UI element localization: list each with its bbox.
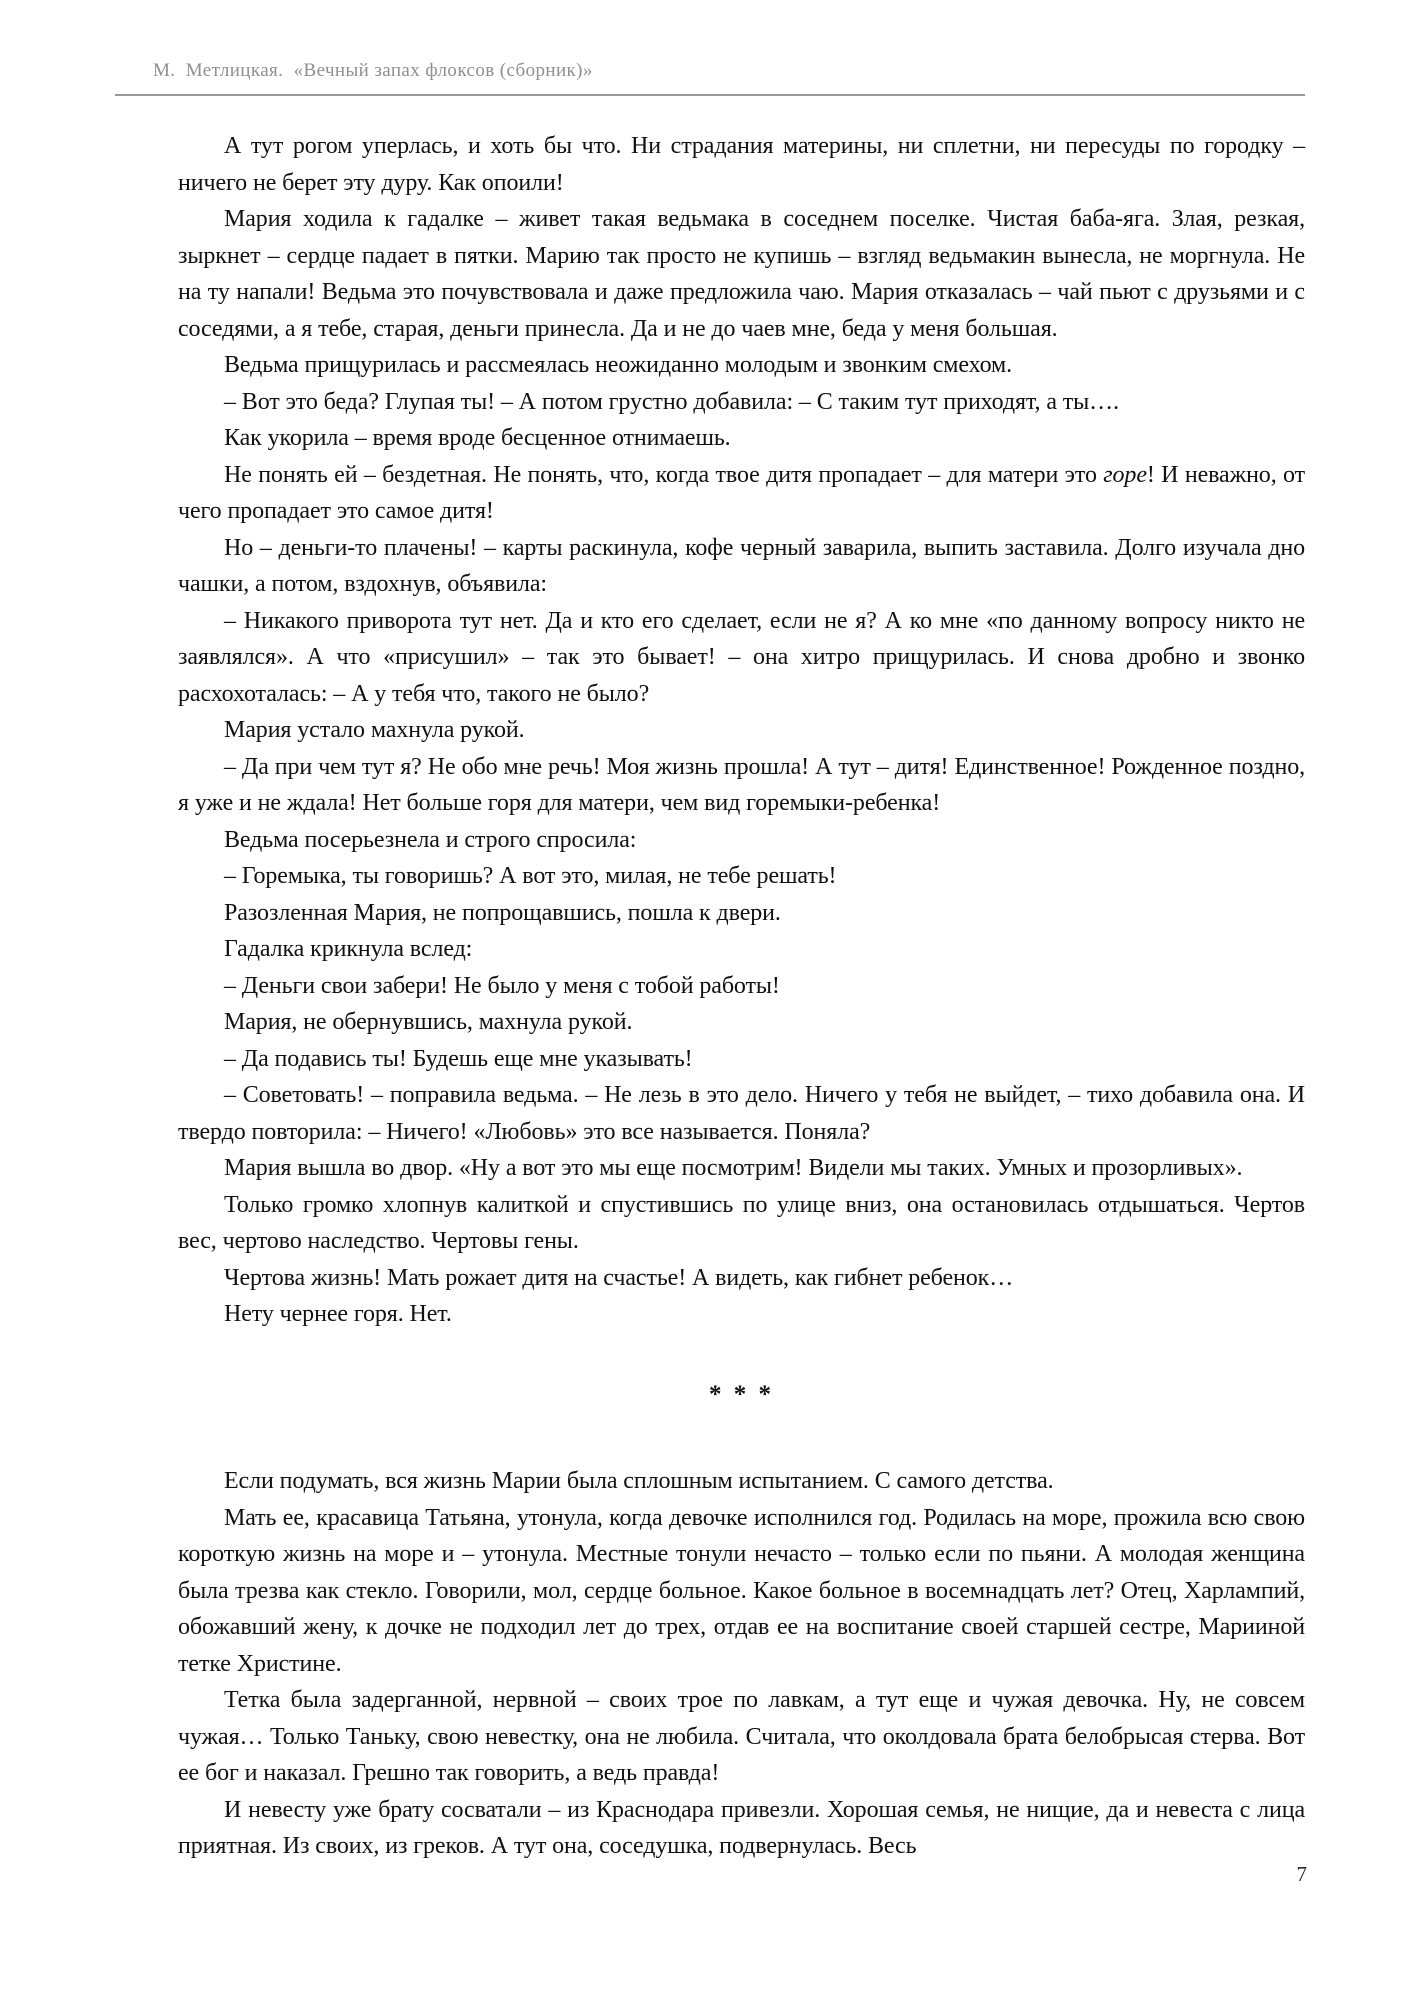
- text-run: А тут рогом уперлась, и хоть бы что. Ни …: [178, 133, 1305, 196]
- paragraph: Разозленная Мария, не попрощавшись, пошл…: [178, 895, 1305, 932]
- text-run: Только громко хлопнув калиткой и спустив…: [178, 1192, 1305, 1255]
- paragraph: – Горемыка, ты говоришь? А вот это, мила…: [178, 858, 1305, 895]
- text-run: – Да подавись ты! Будешь еще мне указыва…: [224, 1046, 693, 1072]
- text-run: – Да при чем тут я? Не обо мне речь! Моя…: [178, 754, 1305, 817]
- text-run: Ведьма прищурилась и рассмеялась неожида…: [224, 352, 1012, 378]
- running-title: М. Метлицкая. «Вечный запах флоксов (сбо…: [153, 60, 1303, 82]
- text-run: Мария вышла во двор. «Ну а вот это мы ещ…: [224, 1155, 1242, 1181]
- section-1: А тут рогом уперлась, и хоть бы что. Ни …: [178, 128, 1305, 1333]
- paragraph: Мария вышла во двор. «Ну а вот это мы ещ…: [178, 1150, 1305, 1187]
- page-body: А тут рогом уперлась, и хоть бы что. Ни …: [178, 128, 1305, 1865]
- paragraph: – Никакого приворота тут нет. Да и кто е…: [178, 603, 1305, 713]
- italic-text-run: горе: [1103, 462, 1147, 488]
- text-run: Не понять ей – бездетная. Не понять, что…: [224, 462, 1103, 488]
- text-run: Если подумать, вся жизнь Марии была спло…: [224, 1468, 1054, 1494]
- paragraph: Мария устало махнула рукой.: [178, 712, 1305, 749]
- paragraph: – Деньги свои забери! Не было у меня с т…: [178, 968, 1305, 1005]
- text-run: Как укорила – время вроде бесценное отни…: [224, 425, 731, 451]
- paragraph: – Вот это беда? Глупая ты! – А потом гру…: [178, 384, 1305, 421]
- paragraph: – Да подавись ты! Будешь еще мне указыва…: [178, 1041, 1305, 1078]
- book-page: М. Метлицкая. «Вечный запах флоксов (сбо…: [0, 0, 1413, 2000]
- paragraph: Но – деньги-то плачены! – карты раскинул…: [178, 530, 1305, 603]
- paragraph: Не понять ей – бездетная. Не понять, что…: [178, 457, 1305, 530]
- header-rule: [115, 94, 1305, 96]
- text-run: Мария, не обернувшись, махнула рукой.: [224, 1009, 632, 1035]
- text-run: – Советовать! – поправила ведьма. – Не л…: [178, 1082, 1305, 1145]
- text-run: – Вот это беда? Глупая ты! – А потом гру…: [224, 389, 1119, 415]
- page-number: 7: [1297, 1862, 1308, 1887]
- paragraph: И невесту уже брату сосватали – из Красн…: [178, 1792, 1305, 1865]
- text-run: – Деньги свои забери! Не было у меня с т…: [224, 973, 780, 999]
- paragraph: Если подумать, вся жизнь Марии была спло…: [178, 1463, 1305, 1500]
- section-2: Если подумать, вся жизнь Марии была спло…: [178, 1463, 1305, 1865]
- paragraph: Нету чернее горя. Нет.: [178, 1296, 1305, 1333]
- paragraph: Тетка была задерганной, нервной – своих …: [178, 1682, 1305, 1792]
- text-run: Чертова жизнь! Мать рожает дитя на счаст…: [224, 1265, 1013, 1291]
- paragraph: – Да при чем тут я? Не обо мне речь! Моя…: [178, 749, 1305, 822]
- paragraph: Чертова жизнь! Мать рожает дитя на счаст…: [178, 1260, 1305, 1297]
- text-run: И невесту уже брату сосватали – из Красн…: [178, 1797, 1305, 1860]
- paragraph: – Советовать! – поправила ведьма. – Не л…: [178, 1077, 1305, 1150]
- text-run: Мария ходила к гадалке – живет такая вед…: [178, 206, 1305, 342]
- text-run: – Никакого приворота тут нет. Да и кто е…: [178, 608, 1305, 707]
- paragraph: А тут рогом уперлась, и хоть бы что. Ни …: [178, 128, 1305, 201]
- paragraph: Как укорила – время вроде бесценное отни…: [178, 420, 1305, 457]
- text-run: Гадалка крикнула вслед:: [224, 936, 472, 962]
- text-run: Разозленная Мария, не попрощавшись, пошл…: [224, 900, 781, 926]
- paragraph: Мария ходила к гадалке – живет такая вед…: [178, 201, 1305, 347]
- text-run: Нету чернее горя. Нет.: [224, 1301, 452, 1327]
- paragraph: Ведьма посерьезнела и строго спросила:: [178, 822, 1305, 859]
- text-run: Ведьма посерьезнела и строго спросила:: [224, 827, 636, 853]
- paragraph: Мать ее, красавица Татьяна, утонула, ког…: [178, 1500, 1305, 1683]
- paragraph: Ведьма прищурилась и рассмеялась неожида…: [178, 347, 1305, 384]
- text-run: Мария устало махнула рукой.: [224, 717, 525, 743]
- section-separator: * * *: [178, 1377, 1305, 1414]
- paragraph: Гадалка крикнула вслед:: [178, 931, 1305, 968]
- text-run: Но – деньги-то плачены! – карты раскинул…: [178, 535, 1305, 598]
- text-run: Мать ее, красавица Татьяна, утонула, ког…: [178, 1505, 1305, 1677]
- paragraph: Только громко хлопнув калиткой и спустив…: [178, 1187, 1305, 1260]
- paragraph: Мария, не обернувшись, махнула рукой.: [178, 1004, 1305, 1041]
- text-run: – Горемыка, ты говоришь? А вот это, мила…: [224, 863, 836, 889]
- text-run: Тетка была задерганной, нервной – своих …: [178, 1687, 1305, 1786]
